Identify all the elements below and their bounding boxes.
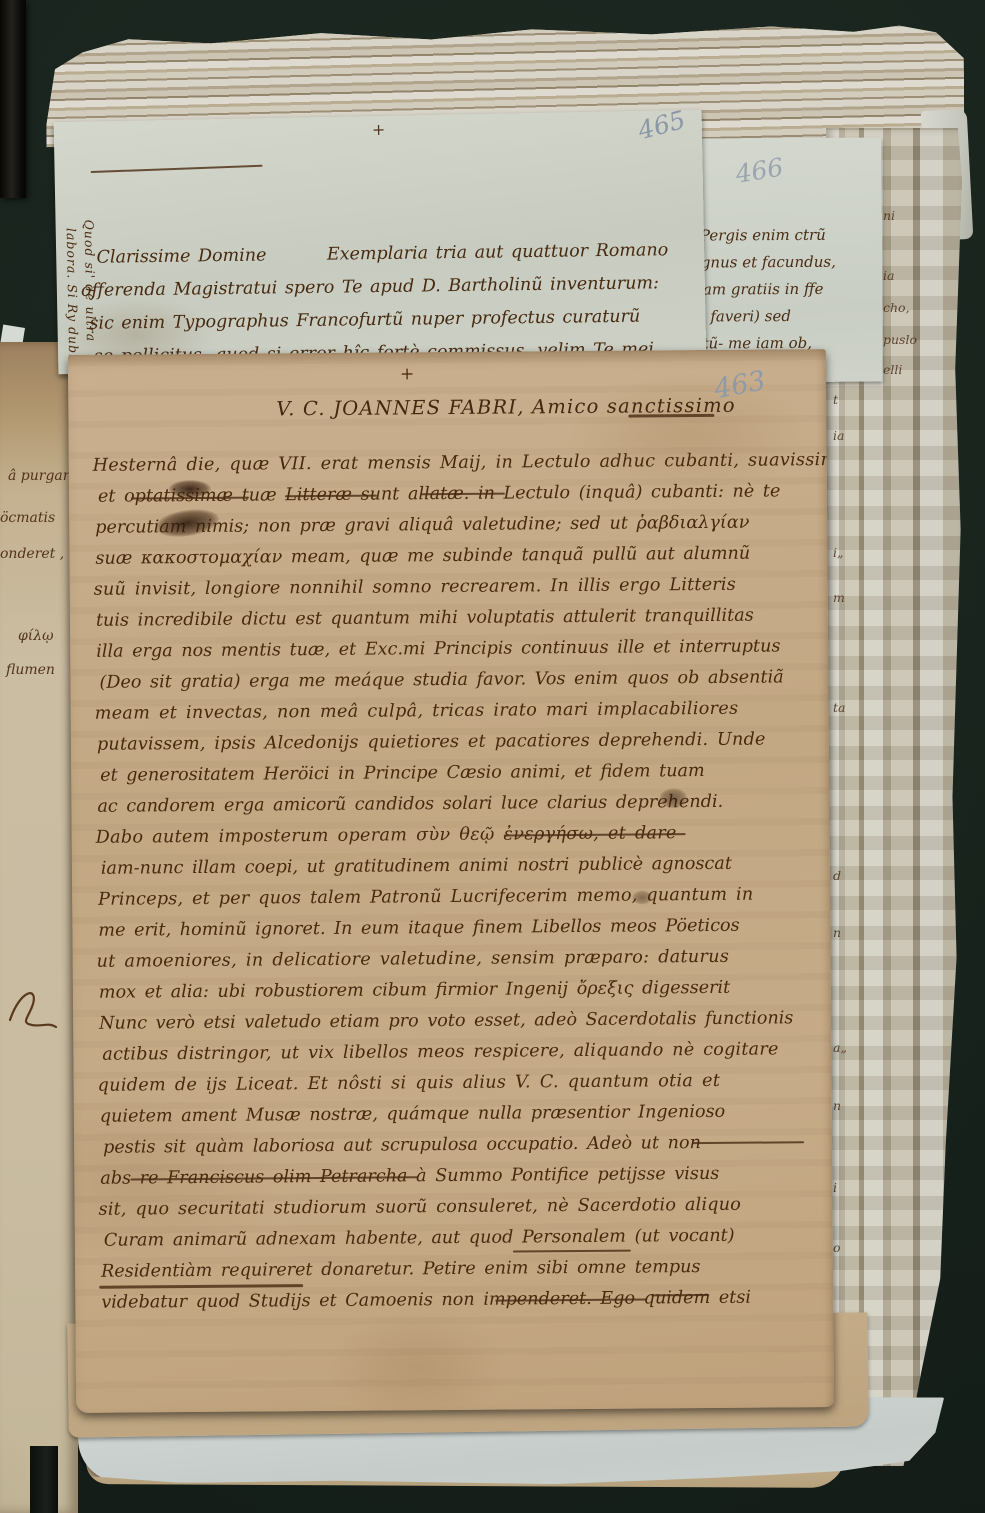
letter-463-body: Hesternâ die, quæ VII. erat mensis Maij,… — [95, 445, 828, 1319]
vertical-margin-note: Quod si' de ultra — [82, 219, 99, 342]
page-number-466: 466 — [734, 152, 786, 188]
margin-text-fragment: onderet , — [0, 546, 64, 562]
edge-text-fragment: n — [833, 1098, 841, 1113]
manuscript-line: Pergis enim ctrũ — [700, 222, 880, 250]
edge-text-fragment: ia — [833, 428, 844, 443]
margin-text-fragment: φίλῳ — [18, 628, 54, 644]
binding-strap-top — [0, 0, 26, 198]
manuscript-line: iam gratiis in ffe — [698, 276, 880, 304]
manuscript-line: quietem ament Musæ nostræ, quámque nulla… — [100, 1096, 826, 1133]
left-page-strip: â purgariöcmatisonderet ,φίλῳflumen — [0, 342, 78, 1513]
edge-text-fragment: ni — [883, 208, 895, 223]
edge-text-fragment: m — [833, 590, 845, 605]
edge-text-fragment: elli — [883, 362, 902, 377]
edge-text-fragment: ia — [883, 268, 894, 283]
manuscript-line: putavissem, ipsis Alcedonijs quietiores … — [97, 724, 823, 761]
ink-blot — [632, 890, 652, 904]
edge-text-fragment: i„ — [833, 545, 843, 560]
edge-text-fragment: ta — [833, 700, 845, 715]
binding-strap-bottom — [30, 1446, 58, 1513]
ink-blot — [659, 788, 687, 808]
margin-text-fragment: öcmatis — [0, 510, 55, 526]
edge-text-fragment: i — [833, 1180, 837, 1195]
manuscript-line: Curam animarũ adnexam habente, aut quod … — [104, 1220, 827, 1257]
cross-mark: + — [400, 364, 414, 384]
manuscript-line: ac candorem erga amicorũ candidos solari… — [97, 786, 823, 823]
ink-stroke — [628, 414, 714, 418]
cross-mark: + — [372, 120, 386, 139]
edge-text-fragment: a„ — [833, 1040, 847, 1055]
margin-text-fragment: â purgari — [8, 468, 74, 484]
margin-text-fragment: flumen — [6, 662, 55, 678]
manuscript-line: faveri) sed — [710, 303, 880, 331]
flourish-mark — [2, 982, 72, 1042]
edge-text-fragment: o — [833, 1240, 841, 1255]
edge-text-fragment: d — [833, 868, 841, 883]
vertical-margin-note: labora. Si Ry dubhi — [64, 228, 82, 368]
edge-text-fragment: n — [833, 925, 841, 940]
edge-text-fragment: puslo — [883, 332, 917, 347]
page-466: 466 Pergis enim ctrũignus et facundus,ia… — [691, 138, 882, 383]
page-463: + 463 V. C. JOANNES FABRI, Amico sanctis… — [68, 349, 834, 1413]
edge-text-fragment: t — [833, 392, 838, 407]
edge-text-fragment: cho, — [883, 300, 910, 315]
letter-465-body: Clarissime Domine Exemplaria tria aut qu… — [95, 134, 671, 374]
manuscript-line: ignus et facundus, — [696, 249, 880, 277]
page-465: + 465 Clarissime Domine Exemplaria tria … — [54, 110, 707, 374]
